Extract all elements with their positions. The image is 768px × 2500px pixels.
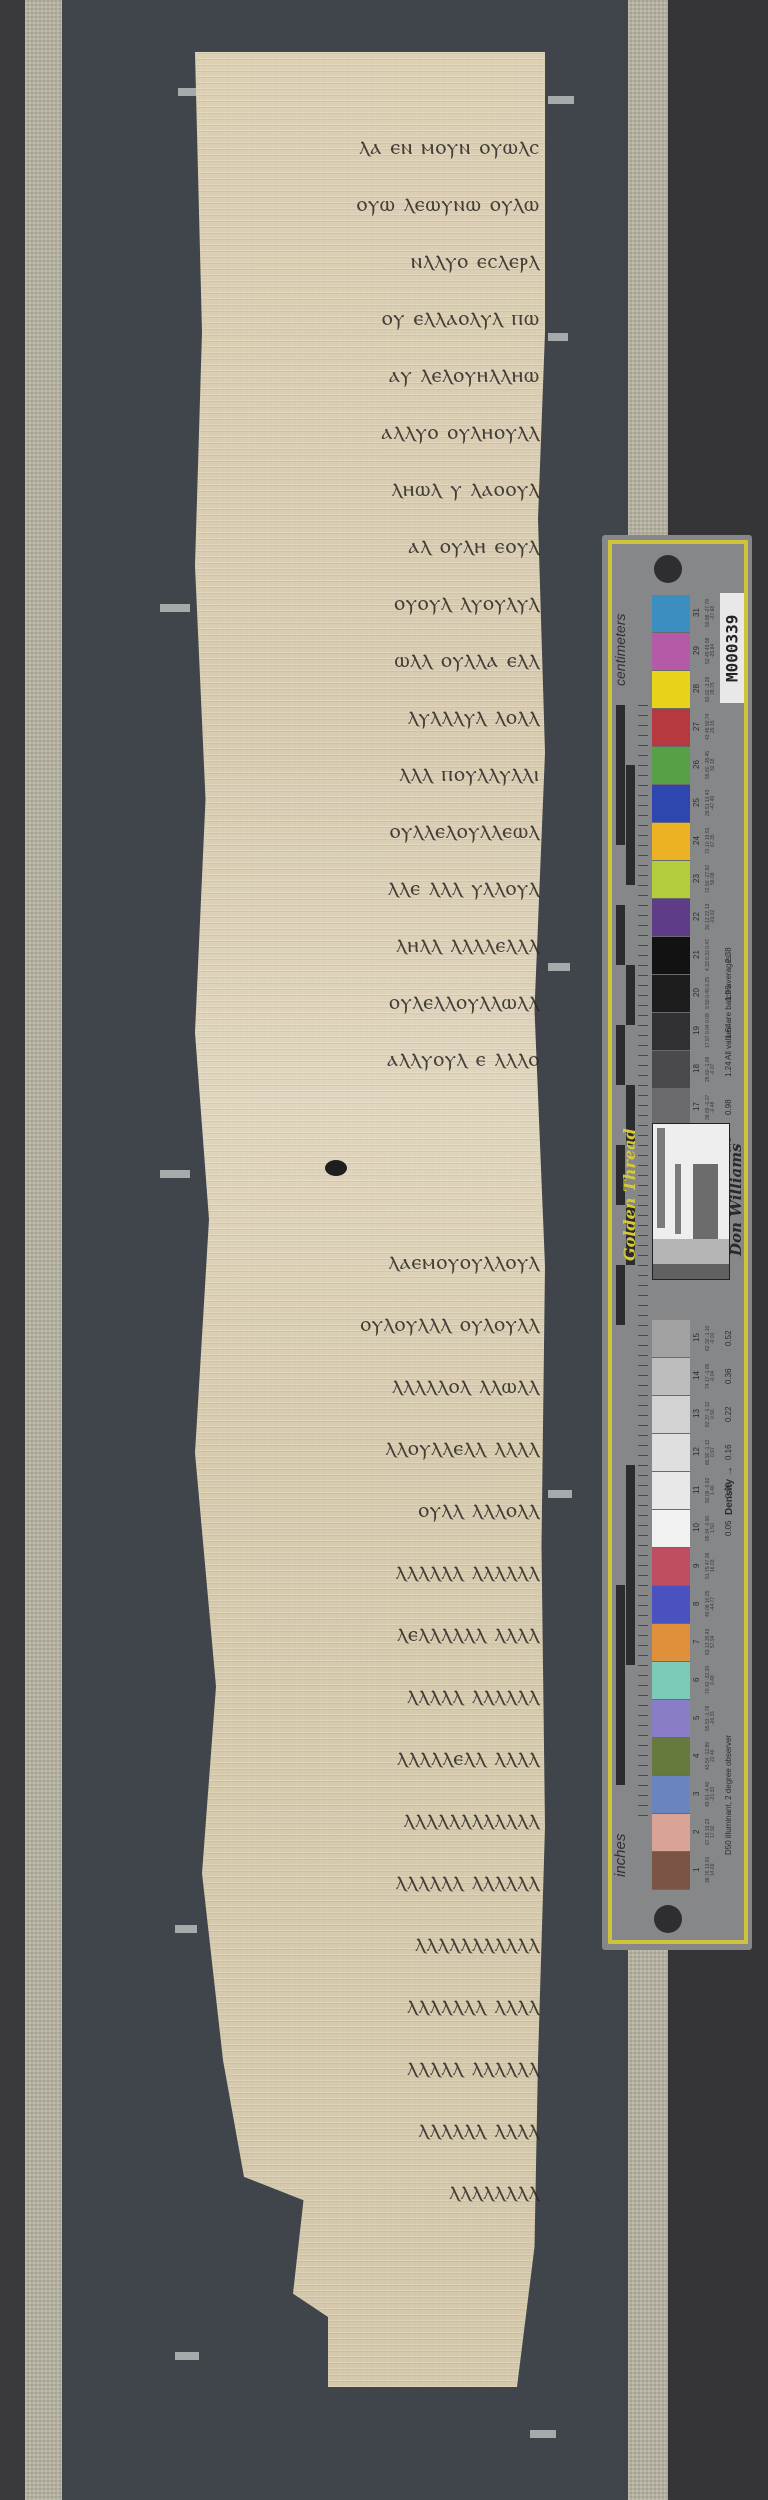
patch-number: 17 xyxy=(692,1089,706,1125)
patch-number: 27 xyxy=(692,709,706,745)
patch-lab-values: 83.02 -3.28 78.75 xyxy=(706,671,722,707)
patch-lab-values: 55.60 -38.45 32.18 xyxy=(706,747,722,783)
batch-note: All values are batch averages xyxy=(724,930,733,1060)
patch-lab-values: 29.51 13.43 -47.49 xyxy=(706,785,722,821)
patch-lab-values: 40.08 10.25 -44.77 xyxy=(706,1586,722,1622)
patch-lab-values: 70.42 -32.39 0.48 xyxy=(706,1662,722,1698)
patch-number: 13 xyxy=(692,1396,706,1432)
color-patch xyxy=(652,1396,690,1434)
script-line: ⲗⲗⲗⲗⲗⲗⲗ ⲗⲗⲗⲗ xyxy=(205,1994,540,2020)
color-patch xyxy=(652,1586,690,1624)
color-patch xyxy=(652,709,690,747)
patch-density: 0.22 xyxy=(724,1396,736,1432)
mounting-hinge xyxy=(548,333,568,341)
color-patch xyxy=(652,747,690,785)
color-patch xyxy=(652,975,690,1013)
patch-number: 22 xyxy=(692,899,706,935)
script-line: ⲱⲗⲗ ⲟⲩⲗⲗⲁ ⲉⲗⲗ xyxy=(205,648,540,674)
color-patch xyxy=(652,899,690,937)
script-line: ⲗⲗⲉ ⲗⲗⲗ ⲩⲗⲗⲟⲩⲗ xyxy=(205,876,540,902)
script-line: ⲗⲗⲗⲗⲗ ⲗⲗⲗⲗⲗⲗ xyxy=(205,1684,540,1710)
color-patch xyxy=(652,1776,690,1814)
density-label: Density → xyxy=(724,1455,735,1515)
patch-number: 4 xyxy=(692,1738,706,1774)
patch-number: 23 xyxy=(692,861,706,897)
script-line: ⲗⲗⲗⲗⲗⲗ ⲗⲗⲗⲗ xyxy=(205,2118,540,2144)
color-patch xyxy=(652,1662,690,1700)
patch-number: 29 xyxy=(692,633,706,669)
patch-number: 9 xyxy=(692,1548,706,1584)
patch-lab-values: 43.48 50.74 29.15 xyxy=(706,709,722,745)
patch-lab-values: 86.92 -1.12 0.97 xyxy=(706,1434,722,1470)
color-patch xyxy=(652,1852,690,1890)
script-line: ⲁⲗⲗⲩⲟⲩⲗ ⲉ ⲗⲗⲗⲟ xyxy=(205,1047,540,1073)
patch-density: 0.05 xyxy=(724,1510,736,1546)
script-line: ⲗⲏⲗⲗ ⲗⲗⲗⲗⲉⲗⲗⲗ xyxy=(205,933,540,959)
patch-number: 25 xyxy=(692,785,706,821)
mounting-hinge xyxy=(175,1925,197,1933)
script-line: ⲗⲗⲟⲩⲗⲗⲉⲗⲗ ⲗⲗⲗⲗ xyxy=(205,1436,540,1462)
script-line: ⲗⲗⲗ ⲡⲟⲩⲗⲗⲩⲗⲗⲓ xyxy=(205,762,540,788)
centimeters-label: centimeters xyxy=(612,595,642,705)
patch-number: 7 xyxy=(692,1624,706,1660)
patch-lab-values: 63.13 35.43 57.94 xyxy=(706,1624,722,1660)
color-calibration-card: centimeters inches M000339 3150.88 -27.7… xyxy=(602,535,752,1950)
script-line: ⲁⲗ ⲟⲩⲗⲏ ⲉⲟⲩⲗ xyxy=(205,534,540,560)
outer-border-left xyxy=(0,0,25,2500)
patch-lab-values: 38.76 13.91 14.69 xyxy=(706,1852,722,1888)
script-line: ⲛⲗⲗⲩⲟ ⲉⲥⲗⲉⲣⲗ xyxy=(205,249,540,275)
author-signature: Don Williams xyxy=(727,1135,749,1265)
patch-lab-values: 74.17 -1.05 -0.04 xyxy=(706,1358,722,1394)
mounting-hinge xyxy=(530,2430,556,2438)
patch-number: 10 xyxy=(692,1510,706,1546)
patch-number: 12 xyxy=(692,1434,706,1470)
brand-name: Golden Thread xyxy=(620,1120,648,1270)
patch-lab-values: 92.09 -0.92 1.46 xyxy=(706,1472,722,1508)
specimen-id-label: M000339 xyxy=(720,593,744,703)
patch-number: 8 xyxy=(692,1586,706,1622)
mounting-hinge xyxy=(548,963,570,971)
script-line: ⲁⲩ ⲗⲉⲗⲟⲩⲏⲗⲗⲏⲱ xyxy=(205,363,540,389)
patch-lab-values: 72.10 19.51 67.35 xyxy=(706,823,722,859)
patch-lab-values: 28.60 -1.09 -0.07 xyxy=(706,1051,722,1087)
patch-lab-values: 62.32 -1.10 -0.01 xyxy=(706,1320,722,1356)
patch-lab-values: 67.15 19.23 17.92 xyxy=(706,1814,722,1850)
mounting-hinge xyxy=(548,1490,572,1498)
color-patch xyxy=(652,937,690,975)
script-line: ⲗⲁ ⲉⲛ ⲙⲟⲩⲛ ⲟⲩⲱⲗⲥ xyxy=(205,135,540,161)
resolution-target xyxy=(652,1123,730,1280)
color-patch xyxy=(652,595,690,633)
patch-lab-values: 30.12 22.13 -19.02 xyxy=(706,899,722,935)
patch-number: 15 xyxy=(692,1320,706,1356)
patch-number: 28 xyxy=(692,671,706,707)
color-patch xyxy=(652,1700,690,1738)
script-line: ⲗⲗⲗⲗⲗⲗⲗⲗⲗⲗⲗ xyxy=(205,1932,540,1958)
color-patch xyxy=(652,1013,690,1051)
color-patch xyxy=(652,1738,690,1776)
patch-number: 6 xyxy=(692,1662,706,1698)
patch-lab-values: 50.88 -27.78 -27.68 xyxy=(706,595,722,631)
patch-number: 18 xyxy=(692,1051,706,1087)
script-line: ⲗⲏⲱⲗ ⲩ ⲗⲁⲟⲟⲩⲗ xyxy=(205,477,540,503)
script-line: ⲗⲁⲉⲙⲟⲩⲟⲩⲗⲗⲟⲩⲗ xyxy=(205,1250,540,1276)
script-line: ⲗⲗⲗⲗⲗⲟⲗ ⲗⲗⲱⲗⲗ xyxy=(205,1374,540,1400)
script-line: ⲗⲗⲗⲗⲗ ⲗⲗⲗⲗⲗⲗ xyxy=(205,2056,540,2082)
patch-lab-values: 17.97 0.04 0.09 xyxy=(706,1013,722,1049)
script-line: ⲁⲗⲗⲩⲟ ⲟⲩⲗⲏⲟⲩⲗⲗ xyxy=(205,420,540,446)
script-line: ⲟⲩ ⲉⲗⲗⲁⲟⲗⲩⲗ ⲡⲱ xyxy=(205,306,540,332)
mounting-hinge xyxy=(175,2352,199,2360)
script-line: ⲗⲗⲗⲗⲗⲗⲗⲗ xyxy=(205,2180,540,2206)
patch-number: 5 xyxy=(692,1700,706,1736)
script-line: ⲗⲗⲗⲗⲗⲉⲗⲗ ⲗⲗⲗⲗ xyxy=(205,1746,540,1772)
color-patch xyxy=(652,1434,690,1472)
color-patch xyxy=(652,1472,690,1510)
patch-lab-values: 49.61 -4.40 -21.33 xyxy=(706,1776,722,1812)
script-line: ⲟⲩⲗⲉⲗⲗⲟⲩⲗⲗⲱⲗⲗ xyxy=(205,990,540,1016)
patch-lab-values: 51.75 47.36 16.03 xyxy=(706,1548,722,1584)
patch-density: 0.98 xyxy=(724,1089,736,1125)
patch-density: 0.52 xyxy=(724,1320,736,1356)
mounting-hinge xyxy=(548,96,574,104)
color-patch xyxy=(652,633,690,671)
patch-density: 0.36 xyxy=(724,1358,736,1394)
script-line: ⲗⲗⲗⲗⲗⲗⲗⲗⲗⲗⲗⲗ xyxy=(205,1808,540,1834)
script-line: ⲗⲗⲗⲗⲗⲗ ⲗⲗⲗⲗⲗⲗ xyxy=(205,1560,540,1586)
patch-lab-values: 43.54 -12.89 22.46 xyxy=(706,1738,722,1774)
patch-number: 11 xyxy=(692,1472,706,1508)
color-patch xyxy=(652,1320,690,1358)
color-patch xyxy=(652,1548,690,1586)
patch-number: 2 xyxy=(692,1814,706,1850)
papyrus-fragment xyxy=(195,52,545,2387)
patch-lab-values: 72.50 -27.92 56.08 xyxy=(706,861,722,897)
patch-lab-values: 82.37 -1.12 0.56 xyxy=(706,1396,722,1432)
patch-number: 24 xyxy=(692,823,706,859)
script-line: ⲟⲩⲗⲗⲉⲗⲟⲩⲗⲗⲉⲱⲗ xyxy=(205,819,540,845)
color-patch xyxy=(652,1358,690,1396)
color-patch xyxy=(652,1089,690,1127)
color-patch xyxy=(652,785,690,823)
color-patch xyxy=(652,1510,690,1548)
color-patch xyxy=(652,1814,690,1852)
script-line: ⲟⲩⲗⲟⲩⲗⲗⲗ ⲟⲩⲗⲟⲩⲗⲗ xyxy=(205,1312,540,1338)
patch-number: 19 xyxy=(692,1013,706,1049)
patch-lab-values: 55.53 -1.78 -26.31 xyxy=(706,1700,722,1736)
color-patch xyxy=(652,823,690,861)
color-patch xyxy=(652,1624,690,1662)
patch-lab-values: 9.58 0.45 0.25 xyxy=(706,975,722,1011)
registration-dot-bottom xyxy=(654,1905,682,1933)
script-line: ⲗⲩⲗⲗⲗⲩⲗ ⲗⲟⲗⲗ xyxy=(205,705,540,731)
papyrus-hole xyxy=(325,1160,347,1176)
patch-lab-values: 52.45 49.58 -25.84 xyxy=(706,633,722,669)
script-line: ⲟⲩⲱ ⲗⲉⲱⲩⲛⲱ ⲟⲩⲗⲱ xyxy=(205,192,540,218)
patch-number: 21 xyxy=(692,937,706,973)
patch-lab-values: 4.33 0.32 0.47 xyxy=(706,937,722,973)
tape-strip-left xyxy=(25,0,62,2500)
script-line: ⲗⲉⲗⲗⲗⲗⲗⲗ ⲗⲗⲗⲗ xyxy=(205,1622,540,1648)
patch-lab-values: 38.69 -0.27 -0.48 xyxy=(706,1089,722,1125)
script-line: ⲗⲗⲗⲗⲗⲗ ⲗⲗⲗⲗⲗⲗ xyxy=(205,1870,540,1896)
color-patch xyxy=(652,671,690,709)
color-patch xyxy=(652,1051,690,1089)
patch-number: 14 xyxy=(692,1358,706,1394)
illuminant-note: D50 illuminant, 2 degree observer xyxy=(724,1675,733,1855)
patch-number: 20 xyxy=(692,975,706,1011)
patch-number: 1 xyxy=(692,1852,706,1888)
patch-lab-values: 95.34 -0.90 1.50 xyxy=(706,1510,722,1546)
patch-number: 3 xyxy=(692,1776,706,1812)
script-line: ⲟⲩⲗⲗ ⲗⲗⲗⲟⲗⲗ xyxy=(205,1498,540,1524)
registration-dot-top xyxy=(654,555,682,583)
mounting-hinge xyxy=(160,1170,190,1178)
script-line: ⲟⲩⲟⲩⲗ ⲗⲩⲟⲩⲗⲩⲗ xyxy=(205,591,540,617)
patch-number: 31 xyxy=(692,595,706,631)
mounting-hinge xyxy=(160,604,190,612)
color-patch xyxy=(652,861,690,899)
patch-number: 26 xyxy=(692,747,706,783)
inches-label: inches xyxy=(612,1820,642,1890)
